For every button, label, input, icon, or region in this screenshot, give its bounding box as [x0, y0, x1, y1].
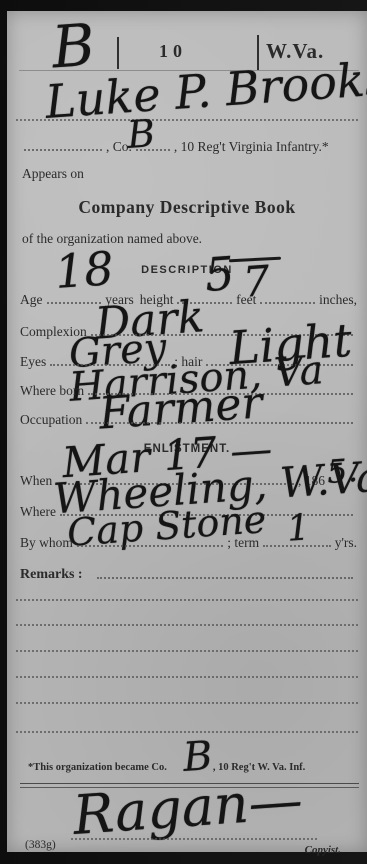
footnote-prefix: *This organization became Co.: [28, 762, 167, 773]
born-label: Where born: [20, 383, 84, 399]
company-letter-hand: B: [50, 16, 97, 77]
height-feet-hand: 5: [203, 250, 235, 298]
dotted-leader: [260, 302, 315, 304]
remarks-blank-line: [16, 731, 358, 733]
when-label: When: [20, 473, 52, 489]
by-whom-line: By whom ; term y'rs.: [20, 535, 357, 551]
remarks-blank-line: [16, 676, 358, 678]
card-number: 10: [159, 41, 187, 62]
term-unit-label: y'rs.: [335, 535, 357, 551]
remarks-blank-line: [16, 599, 358, 601]
header-divider-left: [117, 37, 119, 69]
remarks-line: Remarks :: [20, 567, 357, 583]
dotted-leader: [86, 422, 353, 424]
term-label: ; term: [227, 535, 259, 551]
by-whom-label: By whom: [20, 535, 73, 551]
record-card: B 10 W.Va. Luke P. Brooks , Co. , 10 Reg…: [7, 11, 367, 852]
copyist-signature-hand: Ragan—: [71, 773, 304, 843]
where-label: Where: [20, 504, 56, 520]
remarks-blank-line: [16, 624, 358, 626]
remarks-blank-line: [16, 650, 358, 652]
occupation-line: Occupation: [20, 412, 357, 428]
appears-on-label: Appears on: [22, 166, 84, 182]
dotted-leader: [77, 545, 223, 547]
name-underline: [16, 119, 358, 121]
occupation-label: Occupation: [20, 412, 82, 428]
age-label: Age: [20, 292, 43, 308]
signature-underline: [71, 838, 317, 840]
inches-label: inches,: [319, 292, 357, 308]
feet-label: feet: [236, 292, 256, 308]
dotted-leader: [97, 577, 353, 579]
remarks-blank-line: [16, 702, 358, 704]
eyes-label: Eyes: [20, 354, 46, 370]
dotted-leader: [263, 545, 331, 547]
copyist-label: Copyist.: [305, 844, 341, 856]
photo-background: B 10 W.Va. Luke P. Brooks , Co. , 10 Reg…: [0, 0, 367, 864]
remarks-label: Remarks :: [20, 567, 83, 583]
regiment-text: , 10 Reg't Virginia Infantry.*: [174, 139, 329, 155]
form-number: (383g): [25, 839, 56, 851]
age-hand: 18: [53, 245, 115, 295]
dotted-leader: [24, 149, 102, 151]
unit-company-letter-hand: B: [126, 114, 157, 154]
unit-line: , Co. , 10 Reg't Virginia Infantry.*: [20, 139, 355, 155]
record-title: Company Descriptive Book: [7, 197, 367, 218]
